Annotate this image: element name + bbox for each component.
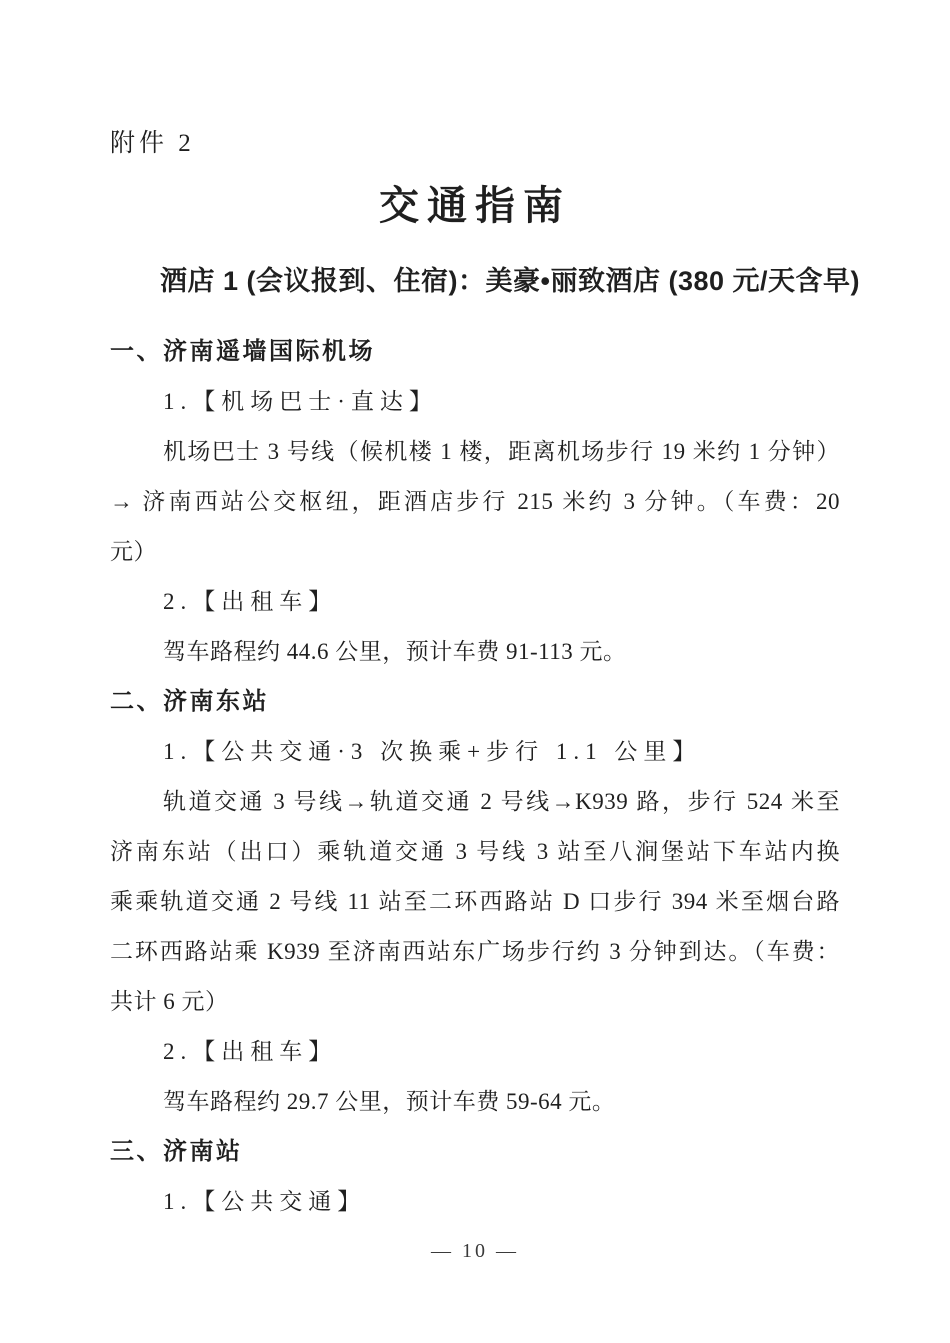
east-station-paragraph-line-4: 二环西路站乘 K939 至济南西站东广场步行约 3 分钟到达。（车费：: [110, 927, 840, 977]
page-number: — 10 —: [0, 1236, 950, 1266]
section-2-item-1-subheading: 1.【公共交通·3 次换乘+步行 1.1 公里】: [110, 727, 840, 777]
section-1-item-1-subheading: 1.【机场巴士·直达】: [110, 377, 840, 427]
east-station-taxi-paragraph: 驾车路程约 29.7 公里，预计车费 59-64 元。: [110, 1077, 840, 1127]
east-station-paragraph-line-5: 共计 6 元）: [110, 977, 840, 1027]
document-page: 附件 2 交通指南 酒店 1 (会议报到、住宿)：美豪•丽致酒店 (380 元/…: [0, 0, 950, 1343]
airport-bus-paragraph-line-1: 机场巴士 3 号线（候机楼 1 楼，距离机场步行 19 米约 1 分钟）: [110, 427, 840, 477]
section-3-heading: 三、济南站: [110, 1127, 840, 1177]
document-body: 一、济南遥墙国际机场 1.【机场巴士·直达】 机场巴士 3 号线（候机楼 1 楼…: [110, 327, 840, 1227]
section-2-item-2-subheading: 2.【出租车】: [110, 1027, 840, 1077]
east-station-paragraph-line-3: 乘乘轨道交通 2 号线 11 站至二环西路站 D 口步行 394 米至烟台路: [110, 877, 840, 927]
section-1-item-2-subheading: 2.【出租车】: [110, 577, 840, 627]
document-title: 交通指南: [0, 180, 950, 232]
attachment-label: 附件 2: [110, 126, 195, 162]
airport-taxi-paragraph: 驾车路程约 44.6 公里，预计车费 91-113 元。: [110, 627, 840, 677]
section-2-heading: 二、济南东站: [110, 677, 840, 727]
section-1-heading: 一、济南遥墙国际机场: [110, 327, 840, 377]
hotel-1-heading: 酒店 1 (会议报到、住宿)：美豪•丽致酒店 (380 元/天含早): [110, 262, 855, 300]
east-station-paragraph-line-1: 轨道交通 3 号线→轨道交通 2 号线→K939 路，步行 524 米至: [110, 777, 840, 827]
airport-bus-paragraph-line-2: → 济南西站公交枢纽，距酒店步行 215 米约 3 分钟。（车费：20: [110, 477, 840, 527]
airport-bus-paragraph-line-3: 元）: [110, 527, 840, 577]
section-3-item-1-subheading: 1.【公共交通】: [110, 1177, 840, 1227]
east-station-paragraph-line-2: 济南东站（出口）乘轨道交通 3 号线 3 站至八涧堡站下车站内换: [110, 827, 840, 877]
